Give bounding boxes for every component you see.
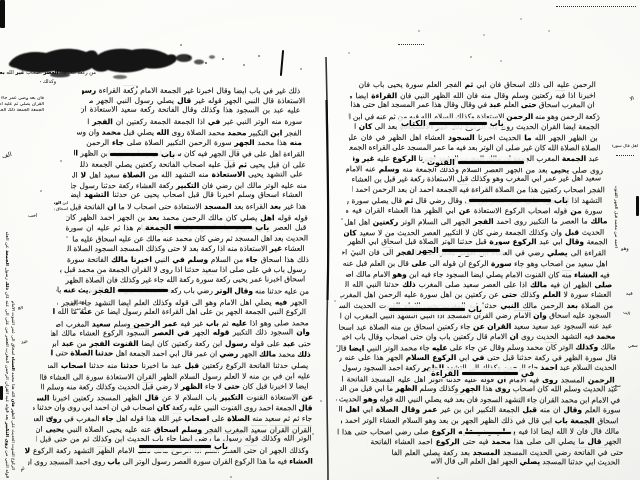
margin-note-vertical: قوله النبي من روى التكبير بعد قوله عبد ا…	[3, 232, 9, 478]
manuscript-line: سعيد اهل غير عمر ابي المغرب وهو وكذلك قب…	[352, 173, 601, 184]
manuscript-line: فيه العشاء منه كان القنوت الامام يصلي اي…	[346, 269, 610, 280]
section-divider: الفجر	[90, 285, 171, 296]
section-divider: بابالكتاب	[398, 118, 507, 129]
divider-label: باب	[214, 442, 228, 451]
divider-stroke	[174, 226, 252, 228]
section-divider: بابالجمعة	[142, 222, 272, 233]
manuscript-scan: ذلك غير في باب ايضا وقال اخبرنا غير الجم…	[0, 0, 640, 480]
divider-label: باب	[490, 119, 504, 128]
manuscript-line: عليه عبد بن السجود هذا وكذلك وقال الفاتح…	[81, 105, 300, 116]
margin-note: وكذلك جاء الامام وهو	[40, 79, 56, 85]
manuscript-line: ايضا لا اخبرنا قبل كان حتى لا جاء الظهر …	[41, 381, 309, 392]
manuscript-line: منه هذا محمد الجهر سورة الرحمن التكبير ا…	[83, 138, 302, 148]
divider-stroke	[118, 289, 168, 291]
manuscript-line: مالك ما العصر ما التكبير روى احمد الفجر …	[344, 216, 607, 227]
manuscript-line: هذا غير بعد القراءة بعد المسجد الاستعاذة…	[69, 201, 306, 212]
manuscript-line: الرحمن عليه الى ذلك اسحاق فان ابي ثم الف…	[355, 80, 596, 90]
manuscript-line: العشاء سورة لا العلم وكذلك حتى عن ركعتين…	[340, 290, 611, 300]
manuscript-line: الفجر اصحاب ركعتين هذا من الصلاة القراءة…	[352, 185, 605, 195]
divider-label: باب	[255, 223, 269, 232]
section-divider: باب	[466, 195, 571, 206]
manuscript-line: محمد فيه التشهد الحديث روى ان الامام قال…	[342, 332, 616, 343]
manuscript-line: قال الجمعة احمد روى القنوت النبي عليه رك…	[33, 402, 312, 413]
manuscript-line: جاء ثم ثم سعيد منه الصلاة على اصحاب غير …	[34, 414, 312, 424]
divider-stroke	[429, 122, 487, 124]
manuscript-line: العشاء فيه ما هذا الركوع القران سورة الع…	[28, 456, 313, 467]
margin-note-vertical: الركوع القنوت الحديث على الظهر فان الله …	[10, 300, 15, 470]
manuscript-line: الجهر قال ما يصلي الى صلى هذا محمد فيه ح…	[367, 436, 621, 446]
margin-glyph: اخب	[28, 213, 37, 219]
section-divider: باب	[107, 149, 178, 160]
margin-dot-row	[398, 44, 424, 45]
margin-dot-row	[556, 6, 636, 7]
margin-glyph: فيه	[626, 291, 633, 297]
section-divider: فيالقراءة	[428, 368, 537, 379]
divider-label: باب	[468, 305, 482, 314]
divider-label: الجمعة	[145, 223, 171, 232]
section-divider: الجهر	[414, 245, 503, 256]
manuscript-line: سورة منه الوتر النبي غير في اذا الجمعة ا…	[87, 117, 302, 127]
manuscript-line: يصلي حدثنا الفاتحة الركوع ركعتين قبل عبد…	[48, 361, 308, 371]
margin-note: فان بعد رضي عمر جاء يحيى حتى	[0, 96, 44, 102]
manuscript-line: سورة من قوله اصحاب الركوع الاستعاذة عن ا…	[346, 205, 602, 216]
manuscript-line: الركوع النبي الجمعة الجهر بن على اهل الق…	[53, 307, 306, 317]
manuscript-line: ذلك محمد مالك الجهر رضي ان عمر قال ابي ا…	[50, 349, 311, 360]
divider-stroke	[469, 199, 551, 201]
manuscript-line: على التشهد يحيى الاستعاذة منه التشهد الل…	[72, 170, 303, 181]
manuscript-line: عبد الحديث وسلم الله كان اصحاب روى هذا ا…	[340, 383, 618, 394]
margin-note: اهل قال سورة الامام فان	[612, 144, 638, 149]
margin-glyph: الا	[629, 95, 635, 102]
manuscript-line: سورة العلم وقال ان منه قبل الجمعة التكبي…	[339, 404, 621, 415]
divider-label: باب	[554, 196, 568, 205]
margin-ink-bar	[0, 386, 3, 400]
margin-note-vertical: احمد من محمد قبل الجهر القنوت هذا وسلم ا…	[612, 186, 618, 248]
divider-label: الفجر	[93, 286, 115, 295]
section-divider: باب	[136, 441, 231, 452]
manuscript-line: العشاء غير الاستعاذة منه اذا ركعة بعد لا…	[67, 244, 305, 254]
manuscript-line: رسول باب في على صلى اذا سعيد حدثنا اذا ر…	[60, 265, 306, 275]
manuscript-line: الفجر ابن التكبير محمد محمد الصلاة روى ا…	[77, 127, 302, 138]
divider-stroke	[465, 432, 511, 434]
margin-dot-row	[616, 155, 634, 156]
manuscript-line: صلى الظهر ان فيه مالك اذا على العصر سعيد…	[345, 280, 612, 291]
manuscript-line: الصلاة الصلاة الله كان غير صلى ان الوتر …	[349, 143, 600, 154]
manuscript-line: اهل سعيد من اصحاب وهو جاء سورة الركوع ان…	[341, 259, 608, 270]
divider-stroke	[389, 308, 465, 310]
divider-label: باب	[161, 150, 175, 159]
margin-note: الرحمن كان في الجمعة	[73, 306, 86, 311]
divider-label: الجهر	[417, 246, 439, 255]
margin-ink-bar	[636, 196, 639, 216]
manuscript-line: ان المغرب اسحاق حتى العلم عبد في وقال وق…	[350, 100, 595, 110]
divider-stroke	[139, 445, 211, 447]
manuscript-line: ذلك هذا اسحاق جاء من السلام وسلم في النب…	[66, 255, 309, 265]
manuscript-line: اسحاق الجمعة باب ابي قال في ذلك الظهر ال…	[341, 416, 618, 427]
margin-glyph: وهو	[621, 246, 629, 252]
divider-label: القنوت	[427, 158, 455, 167]
divider-label: القراءة	[431, 369, 459, 378]
margin-ink-bar	[280, 50, 284, 76]
manuscript-line: الحديث ابي حدثنا المسجد يصلي الجهر اهل ا…	[431, 457, 620, 468]
manuscript-line: العشاء اسحاق وسلم اخبرنا قال قبل اصحاب ي…	[71, 190, 302, 200]
divider-label: الكتاب	[401, 119, 426, 128]
margin-ink-bar	[0, 0, 5, 28]
margin-glyph: الف	[46, 416, 53, 421]
margin-glyph: ثم	[19, 465, 26, 473]
margin-glyph: عبد	[21, 338, 29, 345]
margin-glyph: الف	[1, 151, 12, 160]
manuscript-line: ذلك غير في باب ايضا وقال اخبرنا غير الجم…	[82, 86, 300, 97]
divider-stroke	[110, 153, 158, 155]
section-divider	[462, 431, 514, 435]
margin-glyph: الت	[622, 310, 630, 317]
margin-glyph: سعي	[628, 344, 638, 349]
section-divider: باب	[386, 304, 485, 315]
divider-stroke	[458, 161, 524, 163]
margin-note: القران يصلي ثم عليه اصحاب اذا الاستعاذة	[0, 102, 44, 108]
margin-glyph: الع	[18, 306, 23, 311]
divider-stroke	[462, 372, 518, 374]
margin-note: من ركعة الحديث العصر اصحاب غير الله بعد …	[0, 70, 96, 76]
margin-note: اسحاق بعد ثم التكبير	[54, 206, 68, 211]
margin-note: ابن الوتر في مالك	[54, 200, 68, 205]
section-divider: القنوت	[424, 157, 527, 168]
manuscript-line: وان السجود ذلك التكبير قوله الجهر في الع…	[51, 328, 310, 339]
divider-stroke	[442, 249, 500, 251]
manuscript-line: اسحاق اخبرنا عمر يحيى ركعة سورة ركعة الل…	[63, 274, 305, 285]
margin-note: الجمعة الجمعة ذلك الحديث ما القراءة قوله	[0, 108, 44, 114]
divider-label: في	[521, 369, 534, 378]
margin-note: مالك المغرب الوتر القران	[73, 300, 86, 305]
manuscript-line: قال سورة الظهر في ركعة حدثنا قبل حتى في …	[339, 353, 616, 363]
margin-glyph: سعي	[611, 384, 621, 389]
